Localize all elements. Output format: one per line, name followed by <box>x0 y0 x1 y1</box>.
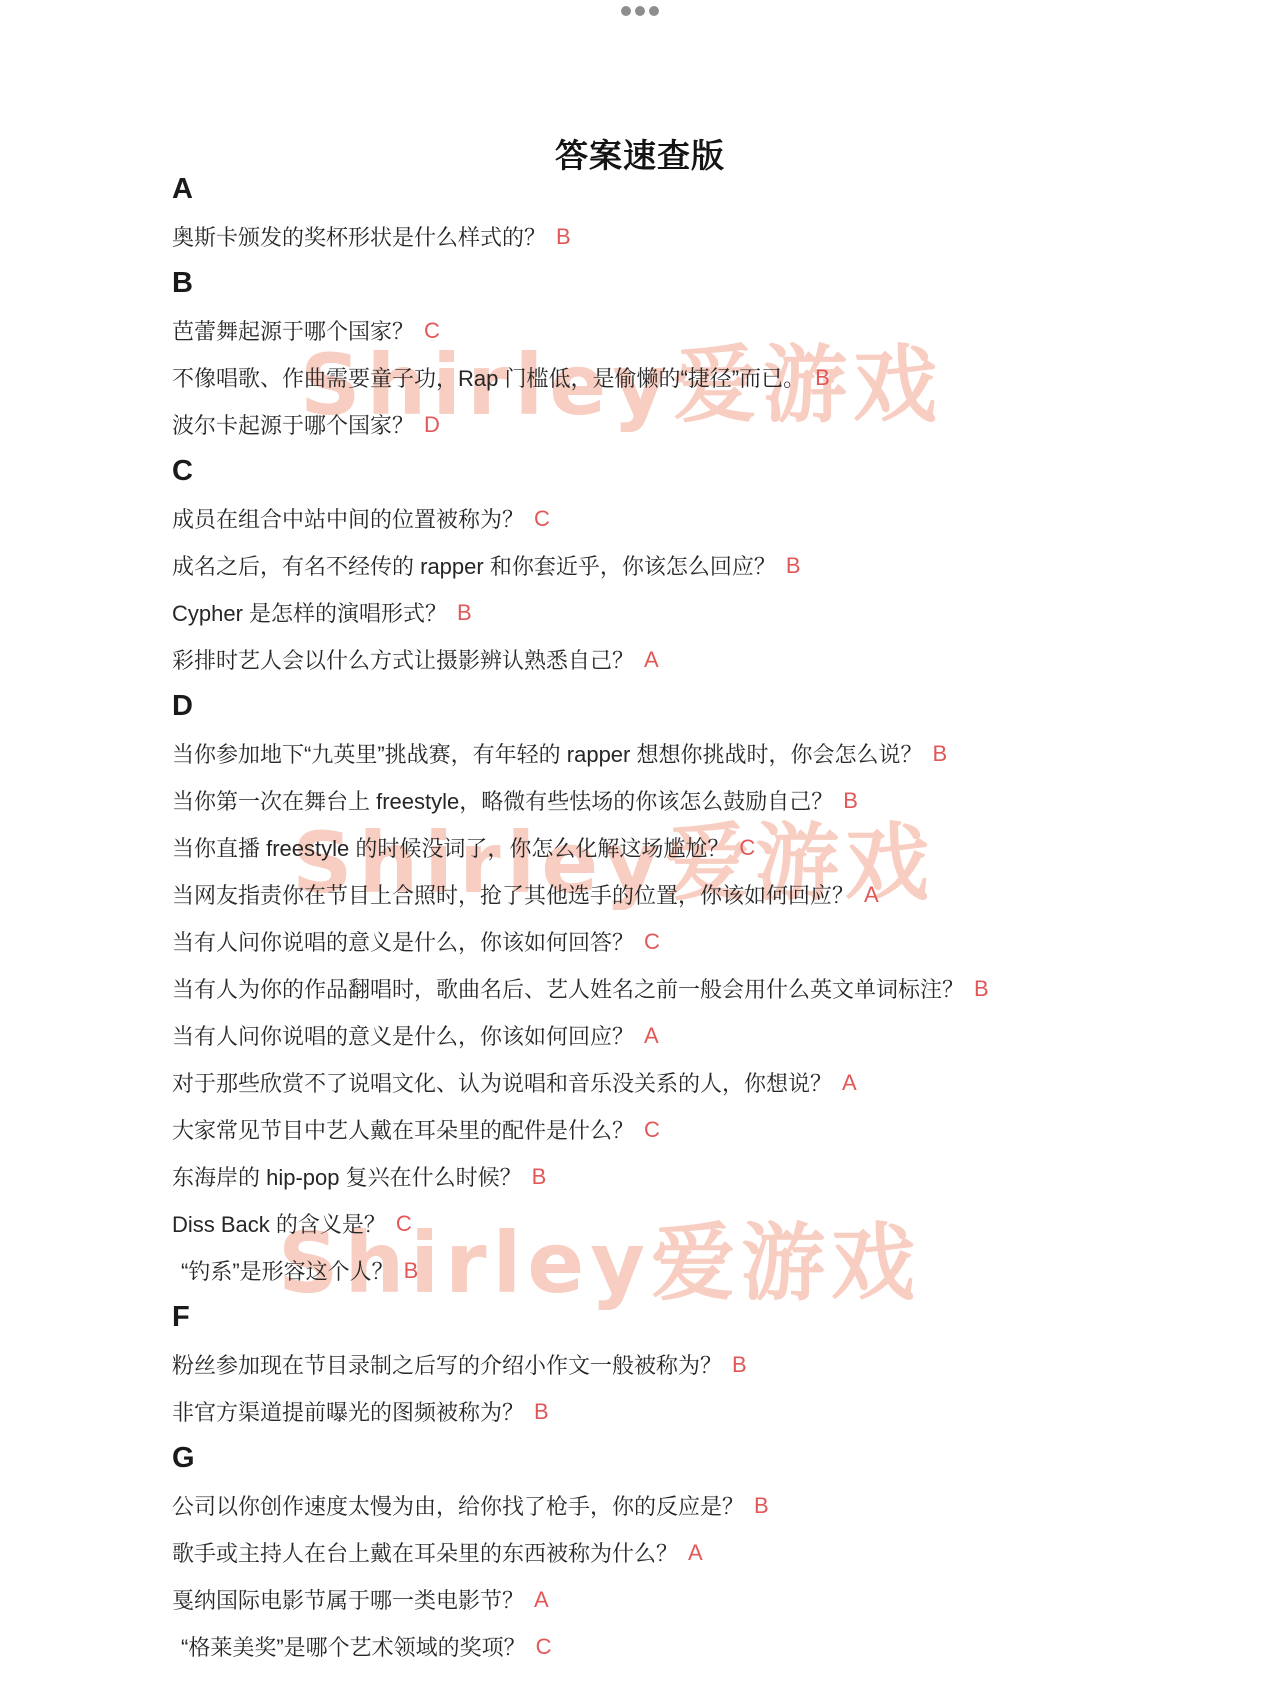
answer-letter: A <box>534 1587 549 1613</box>
answer-letter: C <box>534 506 550 532</box>
answer-letter: A <box>864 882 879 908</box>
question-row: 非官方渠道提前曝光的图频被称为？B <box>172 1388 1182 1435</box>
answer-letter: B <box>556 224 571 250</box>
question-row: 当你参加地下“九英里”挑战赛，有年轻的 rapper 想想你挑战时，你会怎么说？… <box>172 730 1182 777</box>
question-row: 大家常见节目中艺人戴在耳朵里的配件是什么？C <box>172 1106 1182 1153</box>
question-row: 成员在组合中站中间的位置被称为？C <box>172 495 1182 542</box>
question-text: 大家常见节目中艺人戴在耳朵里的配件是什么？ <box>172 1114 634 1145</box>
question-text: 当有人为你的作品翻唱时，歌曲名后、艺人姓名之前一般会用什么英文单词标注？ <box>172 973 964 1004</box>
answer-letter: A <box>842 1070 857 1096</box>
answer-letter: B <box>534 1399 549 1425</box>
question-text: 对于那些欣赏不了说唱文化、认为说唱和音乐没关系的人，你想说？ <box>172 1067 832 1098</box>
question-row: 成名之后，有名不经传的 rapper 和你套近乎，你该怎么回应？B <box>172 542 1182 589</box>
answer-letter: A <box>688 1540 703 1566</box>
question-row: 当你第一次在舞台上 freestyle，略微有些怯场的你该怎么鼓励自己？B <box>172 777 1182 824</box>
question-row: 波尔卡起源于哪个国家？D <box>172 401 1182 448</box>
question-row: 东海岸的 hip-pop 复兴在什么时候？B <box>172 1153 1182 1200</box>
question-row: 当有人问你说唱的意义是什么，你该如何回应？A <box>172 1012 1182 1059</box>
section-header: B <box>172 260 1182 307</box>
question-row: 芭蕾舞起源于哪个国家？C <box>172 307 1182 354</box>
question-row: 歌手或主持人在台上戴在耳朵里的东西被称为什么？A <box>172 1529 1182 1576</box>
answer-letter: C <box>424 318 440 344</box>
question-text: 东海岸的 hip-pop 复兴在什么时候？ <box>172 1161 522 1192</box>
question-row: 不像唱歌、作曲需要童子功，Rap 门槛低，是偷懒的“捷径”而已。B <box>172 354 1182 401</box>
question-text: 成名之后，有名不经传的 rapper 和你套近乎，你该怎么回应？ <box>172 550 776 581</box>
answer-letter: B <box>732 1352 747 1378</box>
question-text: 戛纳国际电影节属于哪一类电影节？ <box>172 1584 524 1615</box>
question-row: “格莱美奖”是哪个艺术领域的奖项？C <box>172 1623 1182 1670</box>
answer-letter: B <box>843 788 858 814</box>
question-text: Diss Back 的含义是？ <box>172 1208 386 1239</box>
answer-letter: B <box>754 1493 769 1519</box>
answer-letter: A <box>644 1023 659 1049</box>
section-header: F <box>172 1294 1182 1341</box>
question-row: 对于那些欣赏不了说唱文化、认为说唱和音乐没关系的人，你想说？A <box>172 1059 1182 1106</box>
question-row: 当你直播 freestyle 的时候没词了，你怎么化解这场尴尬？C <box>172 824 1182 871</box>
more-options-icon[interactable] <box>0 5 1280 17</box>
question-text: 不像唱歌、作曲需要童子功，Rap 门槛低，是偷懒的“捷径”而已。 <box>172 362 805 393</box>
question-row: Diss Back 的含义是？C <box>172 1200 1182 1247</box>
answer-letter: B <box>404 1258 419 1284</box>
question-row: 戛纳国际电影节属于哪一类电影节？A <box>172 1576 1182 1623</box>
section-header: A <box>172 166 1182 213</box>
question-row: 彩排时艺人会以什么方式让摄影辨认熟悉自己？A <box>172 636 1182 683</box>
answer-letter: B <box>932 741 947 767</box>
answer-letter: C <box>536 1634 552 1660</box>
question-text: 歌手或主持人在台上戴在耳朵里的东西被称为什么？ <box>172 1537 678 1568</box>
question-text: 成员在组合中站中间的位置被称为？ <box>172 503 524 534</box>
answer-letter: D <box>424 412 440 438</box>
answer-letter: A <box>644 647 659 673</box>
answer-letter: C <box>644 1117 660 1143</box>
question-row: Cypher 是怎样的演唱形式？B <box>172 589 1182 636</box>
question-text: 当有人问你说唱的意义是什么，你该如何回应？ <box>172 1020 634 1051</box>
question-text: 当你直播 freestyle 的时候没词了，你怎么化解这场尴尬？ <box>172 832 729 863</box>
question-text: 当你第一次在舞台上 freestyle，略微有些怯场的你该怎么鼓励自己？ <box>172 785 833 816</box>
answer-letter: B <box>815 365 830 391</box>
answer-letter: B <box>532 1164 547 1190</box>
dot-icon <box>649 6 659 16</box>
question-text: 当有人问你说唱的意义是什么，你该如何回答？ <box>172 926 634 957</box>
answer-letter: B <box>974 976 989 1002</box>
section-header: D <box>172 683 1182 730</box>
question-row: 公司以你创作速度太慢为由，给你找了枪手，你的反应是？B <box>172 1482 1182 1529</box>
question-row: 粉丝参加现在节目录制之后写的介绍小作文一般被称为？B <box>172 1341 1182 1388</box>
question-row: 当有人为你的作品翻唱时，歌曲名后、艺人姓名之前一般会用什么英文单词标注？B <box>172 965 1182 1012</box>
question-row: 当网友指责你在节目上合照时，抢了其他选手的位置，你该如何回应？A <box>172 871 1182 918</box>
dot-icon <box>621 6 631 16</box>
question-row: 当有人问你说唱的意义是什么，你该如何回答？C <box>172 918 1182 965</box>
question-row: “钓系”是形容这个人？B <box>172 1247 1182 1294</box>
question-text: 芭蕾舞起源于哪个国家？ <box>172 315 414 346</box>
question-text: 当网友指责你在节目上合照时，抢了其他选手的位置，你该如何回应？ <box>172 879 854 910</box>
dot-icon <box>635 6 645 16</box>
answer-letter: B <box>457 600 472 626</box>
question-text: 公司以你创作速度太慢为由，给你找了枪手，你的反应是？ <box>172 1490 744 1521</box>
section-header: C <box>172 448 1182 495</box>
answer-list: A奥斯卡颁发的奖杯形状是什么样式的？BB芭蕾舞起源于哪个国家？C不像唱歌、作曲需… <box>172 166 1182 1670</box>
answer-letter: C <box>396 1211 412 1237</box>
answer-letter: C <box>644 929 660 955</box>
question-text: 非官方渠道提前曝光的图频被称为？ <box>172 1396 524 1427</box>
section-header: G <box>172 1435 1182 1482</box>
question-text: 彩排时艺人会以什么方式让摄影辨认熟悉自己？ <box>172 644 634 675</box>
question-text: 奥斯卡颁发的奖杯形状是什么样式的？ <box>172 221 546 252</box>
question-row: 奥斯卡颁发的奖杯形状是什么样式的？B <box>172 213 1182 260</box>
question-text: “钓系”是形容这个人？ <box>181 1255 394 1286</box>
question-text: 粉丝参加现在节目录制之后写的介绍小作文一般被称为？ <box>172 1349 722 1380</box>
answer-letter: B <box>786 553 801 579</box>
question-text: “格莱美奖”是哪个艺术领域的奖项？ <box>181 1631 526 1662</box>
answer-letter: C <box>739 835 755 861</box>
question-text: Cypher 是怎样的演唱形式？ <box>172 597 447 628</box>
question-text: 波尔卡起源于哪个国家？ <box>172 409 414 440</box>
question-text: 当你参加地下“九英里”挑战赛，有年轻的 rapper 想想你挑战时，你会怎么说？ <box>172 738 922 769</box>
